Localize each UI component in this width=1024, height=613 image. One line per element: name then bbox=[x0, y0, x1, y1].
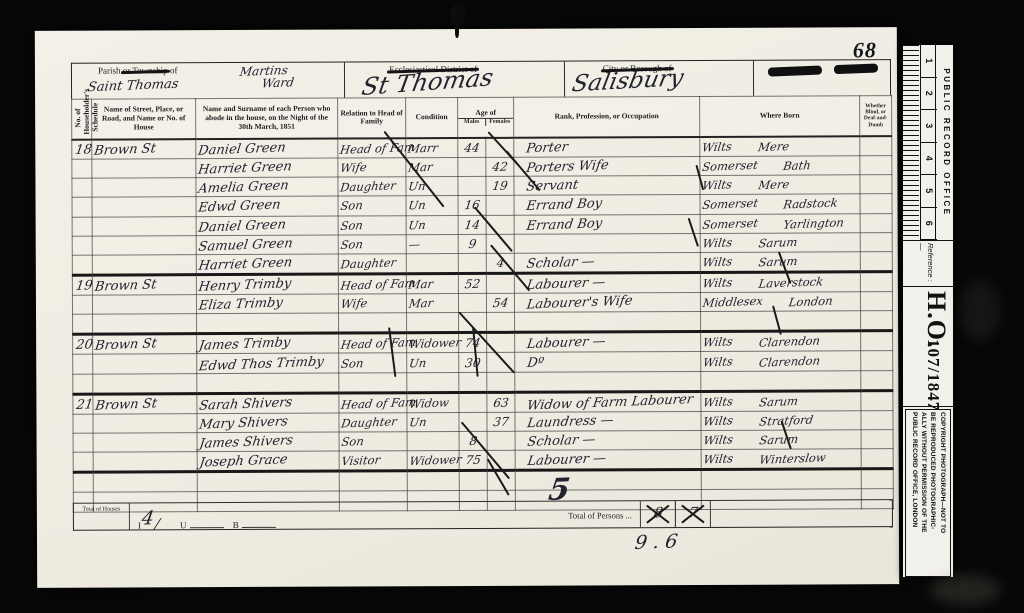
age-male-cell bbox=[458, 254, 486, 274]
condition-cell: Un bbox=[407, 353, 459, 373]
occupation-cell: Errand Boy bbox=[514, 214, 700, 234]
where-born-cell bbox=[701, 370, 861, 391]
condition-cell: Mar bbox=[406, 274, 458, 294]
occupation-cell: Laundress — bbox=[515, 411, 701, 431]
street-cell: Brown St bbox=[93, 334, 197, 354]
blind-deaf-cell bbox=[860, 213, 892, 232]
pro-ruler: PUBLIC RECORD OFFICE 1 2 3 4 5 6 bbox=[903, 45, 953, 241]
city-handwritten: Salisbury bbox=[570, 65, 686, 97]
piece-number: 107/1847 bbox=[923, 339, 943, 411]
ruler-scale: 1 2 3 4 5 6 bbox=[920, 45, 937, 240]
where-born-cell: WiltsLaverstock bbox=[700, 272, 860, 293]
age-female-cell bbox=[487, 333, 515, 353]
handwritten-correction: 9 . 6 bbox=[633, 530, 679, 554]
col-header-blind: Whether Blind, or Deaf-and-Dumb bbox=[860, 96, 892, 136]
blind-deaf-cell bbox=[860, 175, 892, 194]
blind-deaf-cell bbox=[860, 252, 892, 272]
relation-cell: Daughter bbox=[338, 177, 406, 197]
occupation-cell: Servant bbox=[514, 175, 700, 195]
blind-deaf-cell bbox=[860, 155, 892, 174]
condition-cell: Mar bbox=[406, 294, 458, 314]
street-cell bbox=[92, 158, 196, 178]
blind-deaf-cell bbox=[861, 351, 893, 370]
age-female-cell: 54 bbox=[486, 293, 514, 312]
schedule-number-cell bbox=[72, 255, 92, 275]
age-female-cell bbox=[487, 431, 515, 450]
relation-cell: Head of Fam bbox=[338, 274, 406, 294]
schedule-number-cell bbox=[72, 236, 92, 255]
blind-deaf-cell bbox=[861, 449, 893, 469]
relation-cell bbox=[339, 313, 407, 333]
occupation-cell: Labourer's Wife bbox=[514, 293, 700, 313]
name-cell: Henry Trimby bbox=[196, 274, 338, 295]
col-header-condition: Condition bbox=[406, 98, 458, 138]
census-page: 68 Parish or Township of Martins Saint T… bbox=[35, 27, 899, 588]
age-male-cell: 16 bbox=[458, 196, 486, 215]
relation-cell: Son bbox=[338, 196, 406, 216]
condition-cell: Un bbox=[406, 215, 458, 235]
relation-cell: Wife bbox=[338, 157, 406, 177]
ink-smear bbox=[834, 63, 878, 74]
reference-label: Reference :— bbox=[917, 243, 935, 286]
age-male-cell: 75 bbox=[459, 451, 487, 471]
where-born-cell: WiltsMere bbox=[700, 175, 860, 195]
name-cell bbox=[197, 471, 339, 492]
name-cell: Edwd Green bbox=[196, 196, 338, 216]
schedule-number-cell bbox=[73, 414, 93, 433]
name-cell: James Trimby bbox=[197, 333, 339, 354]
where-born-cell: WiltsSarum bbox=[701, 430, 861, 450]
age-female-cell bbox=[486, 196, 514, 215]
blind-deaf-cell bbox=[861, 430, 893, 449]
col-header-age: Age of Males Females bbox=[458, 97, 514, 137]
schedule-number-cell: 21 bbox=[73, 394, 93, 414]
parish-handwritten-2: Saint Thomas bbox=[87, 77, 180, 96]
ruler-number: 6 bbox=[921, 208, 937, 241]
blind-deaf-cell bbox=[860, 292, 892, 311]
where-born-cell: SomersetRadstock bbox=[700, 194, 860, 214]
occupation-cell: Widow of Farm Labourer bbox=[515, 391, 701, 412]
copyright-line: ALLY WITHOUT PERMISSION OF THE bbox=[919, 412, 928, 574]
condition-cell: Widower bbox=[407, 333, 459, 353]
schedule-number-cell: 18 bbox=[72, 139, 92, 159]
blind-deaf-cell bbox=[861, 390, 893, 410]
relation-cell: Son bbox=[338, 215, 406, 235]
occupation-cell: Scholar — bbox=[515, 430, 701, 450]
schedule-number-cell bbox=[72, 295, 92, 314]
where-born-cell: WiltsMere bbox=[700, 136, 860, 156]
relation-cell: Daughter bbox=[338, 254, 406, 274]
total-persons-males: 8 bbox=[640, 501, 676, 527]
age-male-cell: 9 bbox=[458, 234, 486, 253]
where-born-cell: MiddlesexLondon bbox=[700, 292, 860, 312]
blind-deaf-cell bbox=[860, 232, 892, 251]
col-header-age-females: Females bbox=[486, 119, 513, 126]
street-cell bbox=[93, 314, 197, 334]
age-male-cell bbox=[458, 294, 486, 313]
occupation-cell: Dº bbox=[515, 352, 701, 372]
col-header-schedule: No. of Householder's Schedule bbox=[72, 99, 92, 139]
col-header-name: Name and Surname of each Person who abod… bbox=[196, 98, 338, 139]
copyright-line: BE REPRODUCED PHOTOGRAPHIC- bbox=[928, 412, 937, 574]
age-female-cell: 37 bbox=[487, 412, 515, 431]
parish-cell: Parish or Township of Martins Saint Thom… bbox=[72, 63, 345, 99]
schedule-number-cell bbox=[73, 472, 93, 492]
col-header-occupation: Rank, Profession, or Occupation bbox=[514, 96, 700, 137]
pro-reference-card: PUBLIC RECORD OFFICE 1 2 3 4 5 6 Referen… bbox=[903, 45, 953, 577]
name-cell: Harriet Green bbox=[196, 158, 338, 178]
where-born-cell: WiltsClarendon bbox=[701, 351, 861, 371]
ink-smear bbox=[768, 66, 822, 77]
name-cell: Sarah Shivers bbox=[197, 393, 339, 414]
schedule-number-cell bbox=[73, 433, 93, 452]
schedule-number-cell bbox=[72, 178, 92, 197]
ink-blot bbox=[450, 4, 465, 26]
condition-cell bbox=[406, 254, 458, 274]
blind-deaf-cell bbox=[860, 194, 892, 213]
street-cell bbox=[93, 472, 197, 492]
occupation-cell bbox=[514, 233, 700, 253]
blind-deaf-cell bbox=[861, 370, 893, 390]
condition-cell bbox=[407, 471, 459, 491]
street-cell bbox=[93, 452, 197, 472]
street-cell bbox=[93, 373, 197, 393]
relation-cell: Visitor bbox=[339, 451, 407, 471]
ruler-number: 1 bbox=[921, 45, 937, 78]
occupation-cell bbox=[515, 312, 701, 333]
name-cell: Eliza Trimby bbox=[196, 294, 338, 314]
street-cell bbox=[93, 413, 197, 433]
street-cell bbox=[92, 178, 196, 198]
copyright-line: COPYRIGHT PHOTOGRAPH—NOT TO bbox=[937, 412, 946, 574]
age-male-cell bbox=[459, 471, 487, 491]
age-male-cell: 52 bbox=[458, 274, 486, 294]
occupation-cell: Scholar — bbox=[514, 253, 700, 274]
houses-iub-labels: I4/ U B bbox=[138, 510, 282, 533]
where-born-cell: SomersetBath bbox=[700, 155, 860, 175]
blind-deaf-cell bbox=[860, 272, 892, 292]
age-female-cell bbox=[487, 313, 515, 333]
total-houses-label: Total of Houses bbox=[74, 503, 130, 529]
street-cell bbox=[92, 197, 196, 217]
street-cell bbox=[92, 235, 196, 255]
relation-cell: Son bbox=[339, 353, 407, 373]
col-header-relation: Relation to Head of Family bbox=[338, 98, 406, 138]
condition-cell bbox=[407, 313, 459, 333]
totals-band: Total of Houses I4/ U B Total of Persons… bbox=[73, 499, 893, 531]
name-cell: Daniel Green bbox=[196, 138, 338, 158]
relation-cell bbox=[339, 471, 407, 491]
age-female-cell: 19 bbox=[486, 176, 514, 195]
ruler-number: 2 bbox=[921, 78, 937, 111]
total-persons-label: Total of Persons ... bbox=[474, 510, 632, 521]
age-male-cell bbox=[458, 157, 486, 176]
where-born-cell: SomersetYarlington bbox=[700, 213, 860, 233]
condition-cell: Un bbox=[407, 412, 459, 432]
film-smudge bbox=[960, 280, 1000, 340]
name-cell: Mary Shivers bbox=[197, 413, 339, 433]
blind-deaf-cell bbox=[860, 136, 892, 156]
schedule-number-cell bbox=[73, 374, 93, 394]
blind-deaf-cell bbox=[861, 410, 893, 429]
occupation-cell: Labourer — bbox=[514, 273, 700, 294]
age-male-cell bbox=[459, 372, 487, 392]
condition-cell: — bbox=[406, 234, 458, 254]
occupation-cell: Porter bbox=[514, 137, 700, 157]
blind-deaf-cell bbox=[861, 469, 893, 489]
col-header-born: Where Born bbox=[700, 96, 860, 137]
relation-cell: Head of Fam bbox=[339, 333, 407, 353]
census-rows: 18 Brown St Daniel Green Head of Fam Mar… bbox=[72, 136, 894, 512]
relation-cell: Son bbox=[338, 235, 406, 255]
occupation-cell bbox=[515, 371, 701, 392]
census-table: No. of Householder's Schedule Name of St… bbox=[71, 95, 894, 512]
age-female-cell: 63 bbox=[487, 392, 515, 412]
struck-header-cell bbox=[754, 60, 890, 96]
reference-number-block: H.O. 107/1847 bbox=[903, 287, 953, 407]
parish-handwritten-3: Ward bbox=[261, 75, 295, 90]
relation-cell: Son bbox=[339, 432, 407, 452]
pro-office-title: PUBLIC RECORD OFFICE bbox=[935, 45, 951, 240]
street-cell: Brown St bbox=[92, 275, 196, 295]
street-cell bbox=[92, 255, 196, 275]
name-cell: James Shivers bbox=[197, 432, 339, 452]
where-born-cell: WiltsSarum bbox=[701, 390, 861, 411]
name-cell: Joseph Grace bbox=[197, 451, 339, 472]
age-female-cell bbox=[486, 273, 514, 293]
ruler-number: 5 bbox=[921, 175, 937, 208]
condition-cell: Widower bbox=[407, 451, 459, 471]
relation-cell: Wife bbox=[338, 294, 406, 314]
schedule-number-cell bbox=[73, 355, 93, 374]
schedule-number-cell bbox=[73, 452, 93, 472]
name-cell bbox=[197, 313, 339, 334]
parish-printed: Parish or Township of bbox=[98, 65, 178, 75]
age-male-cell bbox=[458, 176, 486, 195]
reference-label-block: Reference :— bbox=[903, 241, 953, 287]
copyright-notice: COPYRIGHT PHOTOGRAPH—NOT TO BE REPRODUCE… bbox=[905, 409, 951, 577]
street-cell bbox=[93, 433, 197, 453]
where-born-cell bbox=[701, 469, 861, 490]
schedule-number-cell bbox=[73, 315, 93, 335]
ecclesiastical-handwritten: St Thomas bbox=[360, 63, 496, 101]
relation-cell: Head of Fam bbox=[339, 392, 407, 412]
form-header-band: Parish or Township of Martins Saint Thom… bbox=[71, 59, 891, 99]
copyright-line: PUBLIC RECORD OFFICE, LONDON bbox=[909, 412, 918, 574]
age-male-cell bbox=[459, 392, 487, 412]
name-cell: Samuel Green bbox=[196, 235, 338, 255]
schedule-number-cell bbox=[72, 159, 92, 178]
occupation-cell bbox=[515, 470, 701, 491]
ink-blot bbox=[455, 24, 459, 38]
condition-cell: Un bbox=[406, 196, 458, 216]
where-born-cell: WiltsWinterslow bbox=[701, 449, 861, 470]
age-male-cell: 44 bbox=[458, 138, 486, 158]
age-male-cell: 30 bbox=[459, 353, 487, 372]
condition-cell: Marr bbox=[406, 138, 458, 158]
name-cell bbox=[197, 373, 339, 394]
ruler-ticks bbox=[903, 45, 919, 240]
ecclesiastical-district-cell: Ecclesiastical District of St Thomas bbox=[345, 62, 565, 98]
schedule-number-cell: 19 bbox=[72, 275, 92, 295]
city-borough-cell: City or Borough of Salisbury bbox=[565, 61, 755, 97]
ruler-number: 4 bbox=[921, 143, 937, 176]
street-cell: Brown St bbox=[93, 393, 197, 413]
name-cell: Harriet Green bbox=[196, 254, 338, 275]
age-female-cell: 42 bbox=[486, 157, 514, 176]
schedule-number-cell: 20 bbox=[73, 335, 93, 355]
relation-cell: Daughter bbox=[339, 412, 407, 432]
ruler-number: 3 bbox=[921, 110, 937, 143]
name-cell: Daniel Green bbox=[196, 216, 338, 236]
street-cell: Brown St bbox=[92, 139, 196, 159]
condition-cell bbox=[407, 432, 459, 452]
occupation-cell: Labourer — bbox=[515, 450, 701, 471]
schedule-number-cell bbox=[72, 197, 92, 216]
where-born-cell: WiltsSarum bbox=[700, 233, 860, 253]
name-cell: Amelia Green bbox=[196, 177, 338, 197]
street-cell bbox=[92, 216, 196, 236]
blind-deaf-cell bbox=[861, 331, 893, 351]
total-persons-females: 7 bbox=[675, 500, 711, 526]
schedule-number-cell bbox=[72, 217, 92, 236]
street-cell bbox=[92, 295, 196, 315]
blind-deaf-cell bbox=[861, 311, 893, 331]
occupation-cell: Errand Boy bbox=[514, 195, 700, 215]
occupation-cell: Labourer — bbox=[515, 332, 701, 353]
name-cell: Edwd Thos Trimby bbox=[197, 353, 339, 373]
col-header-age-males: Males bbox=[458, 119, 486, 126]
occupation-cell: Porters Wife bbox=[514, 156, 700, 176]
age-female-cell bbox=[487, 372, 515, 392]
street-cell bbox=[93, 354, 197, 374]
relation-cell bbox=[339, 372, 407, 392]
film-smudge bbox=[930, 575, 1000, 605]
microfilm-scan: 68 Parish or Township of Martins Saint T… bbox=[0, 0, 1024, 613]
condition-cell bbox=[407, 372, 459, 392]
col-header-street: Name of Street, Place, or Road, and Name… bbox=[92, 99, 196, 140]
